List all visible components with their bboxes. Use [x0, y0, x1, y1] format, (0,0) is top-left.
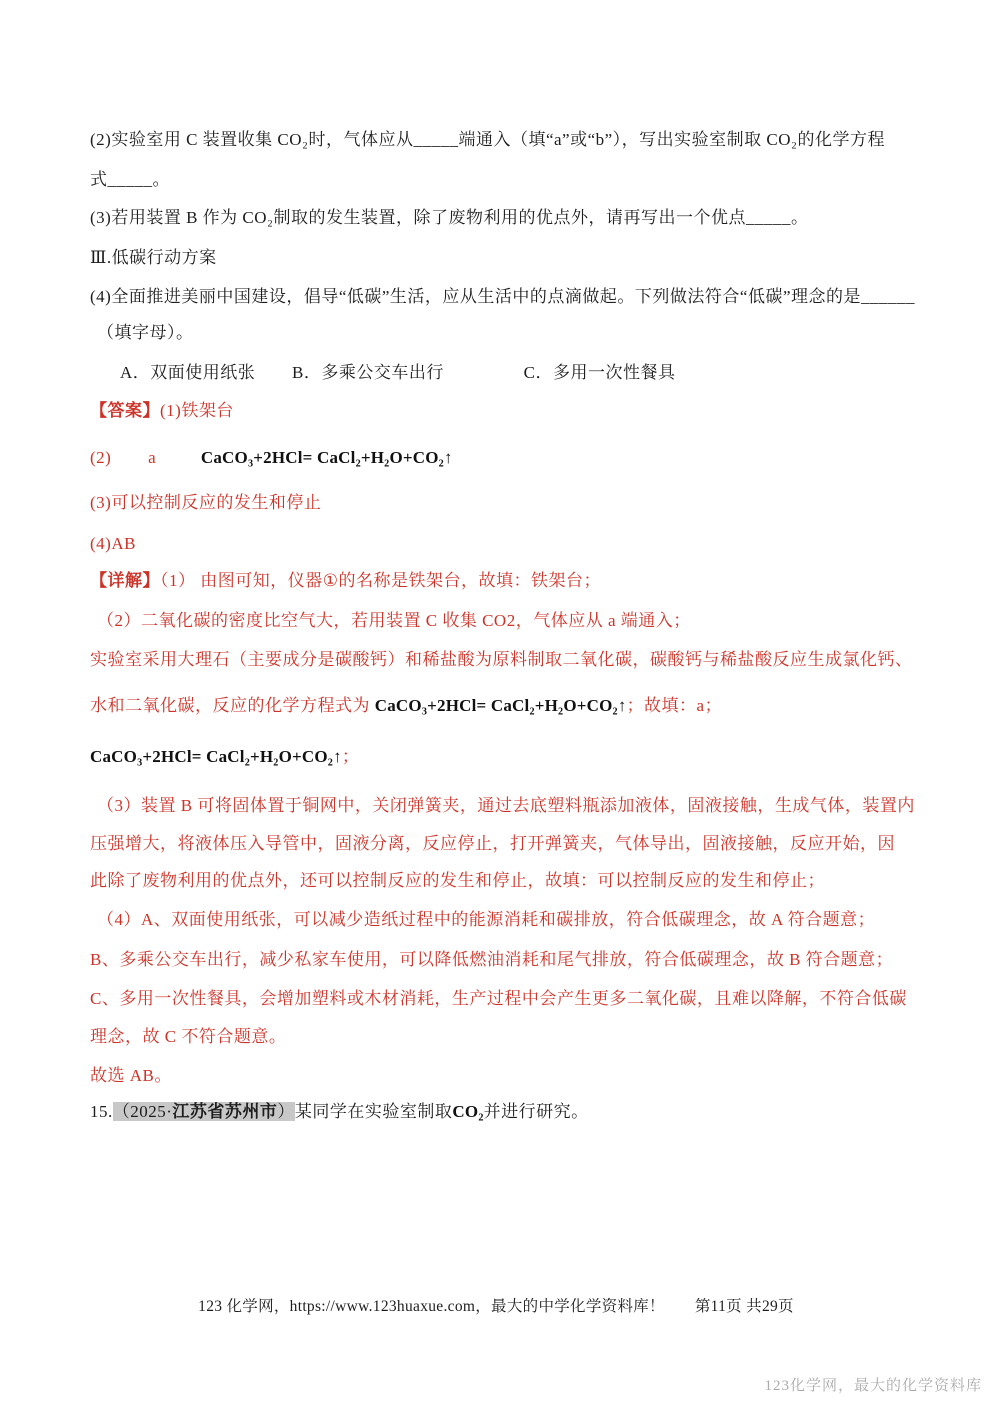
- analysis-4-text-post: ；故填：a；: [627, 696, 723, 715]
- analysis-line-10: B、多乘公交车出行，减少私家车使用，可以降低燃油消耗和尾气排放，符合低碳理念，故…: [90, 947, 917, 973]
- analysis-line-2: （2）二氧化碳的密度比空气大，若用装置 C 收集 CO2，气体应从 a 端通入；: [90, 608, 917, 634]
- chemical-equation-answer: CaCO₃+2HCl= CaCl₂+H₂O+CO₂↑: [201, 448, 453, 467]
- analysis-3-text: 实验室采用大理石（主要成分是碳酸钙）和稀盐酸为原料制取二氧化碳，碳酸钙与稀盐酸反…: [90, 650, 913, 669]
- document-page: (2)实验室用 C 装置收集 CO₂时，气体应从_____端通入（填“a”或“b…: [0, 0, 992, 1403]
- chemical-equation-analysis-1: CaCO₃+2HCl= CaCl₂+H₂O+CO₂↑: [375, 696, 627, 715]
- analysis-line-3: 实验室采用大理石（主要成分是碳酸钙）和稀盐酸为原料制取二氧化碳，碳酸钙与稀盐酸反…: [90, 647, 917, 673]
- analysis-line-7: 压强增大，将液体压入导管中，固液分离，反应停止，打开弹簧夹，气体导出，固液接触，…: [90, 831, 917, 857]
- footer-page-info: 第11页 共29页: [695, 1294, 794, 1316]
- options-row: A．双面使用纸张 B．多乘公交车出行 C．多用一次性餐具: [90, 360, 917, 386]
- fill-letter-note: （填字母）。: [97, 323, 194, 342]
- analysis-4-text-pre: 水和二氧化碳，反应的化学方程式为: [90, 696, 375, 715]
- answer-line-1: 【答案】(1)铁架台: [90, 398, 917, 424]
- answer-4-text: (4)AB: [90, 534, 136, 553]
- answer-1-text: (1)铁架台: [160, 401, 234, 420]
- question-15-number: 15.: [90, 1102, 113, 1121]
- question-15-text-pre: 某同学在实验室制取: [295, 1102, 453, 1121]
- question-15-source-close: ）: [277, 1102, 295, 1121]
- analysis-line-11: C、多用一次性餐具，会增加塑料或木材消耗，生产过程中会产生更多二氧化碳，且难以降…: [90, 986, 917, 1012]
- page-footer: 123 化学网，https://www.123huaxue.com，最大的中学化…: [0, 1294, 992, 1316]
- analysis-line-6: （3）装置 B 可将固体置于铜网中，关闭弹簧夹，通过去底塑料瓶添加液体，固液接触…: [90, 793, 917, 819]
- question-2-line-1: (2)实验室用 C 装置收集 CO₂时，气体应从_____端通入（填“a”或“b…: [90, 127, 917, 153]
- question-15-text-post: 并进行研究。: [484, 1102, 589, 1121]
- footer-site-info: 123 化学网，https://www.123huaxue.com，最大的中学化…: [198, 1294, 665, 1316]
- analysis-5-text-post: ；: [342, 747, 360, 766]
- analysis-line-8: 此除了废物利用的优点外，还可以控制反应的发生和停止，故填：可以控制反应的发生和停…: [90, 868, 917, 894]
- analysis-7-text: 压强增大，将液体压入导管中，固液分离，反应停止，打开弹簧夹，气体导出，固液接触，…: [90, 834, 895, 853]
- document-content: (2)实验室用 C 装置收集 CO₂时，气体应从_____端通入（填“a”或“b…: [90, 127, 917, 1125]
- analysis-line-12: 理念，故 C 不符合题意。: [90, 1024, 917, 1050]
- answer-line-3: (3)可以控制反应的发生和停止: [90, 490, 917, 516]
- question-3-text: (3)若用装置 B 作为 CO₂制取的发生装置，除了废物利用的优点外，请再写出一…: [90, 208, 808, 227]
- question-15-source-open: （2025·: [113, 1102, 173, 1121]
- analysis-13-text: 故选 AB。: [90, 1066, 172, 1085]
- answer-3-text: (3)可以控制反应的发生和停止: [90, 493, 321, 512]
- analysis-line-9: （4）A、双面使用纸张，可以减少造纸过程中的能源消耗和碳排放，符合低碳理念，故 …: [90, 907, 917, 933]
- question-15-source-region: 江苏省苏州市: [172, 1102, 277, 1121]
- answer-header: 【答案】: [90, 401, 160, 420]
- analysis-line-1: 【详解】（1） 由图可知，仪器①的名称是铁架台，故填：铁架台；: [90, 568, 917, 594]
- question-2-line-2: 式_____。: [90, 167, 917, 193]
- analysis-6-text: （3）装置 B 可将固体置于铜网中，关闭弹簧夹，通过去底塑料瓶添加液体，固液接触…: [97, 796, 915, 815]
- answer-line-2: (2) a CaCO₃+2HCl= CaCl₂+H₂O+CO₂↑: [90, 445, 917, 471]
- question-2-text-2: 式_____。: [90, 170, 170, 189]
- option-a: A．双面使用纸张: [120, 363, 255, 382]
- section-heading-text: Ⅲ.低碳行动方案: [90, 248, 217, 267]
- analysis-8-text: 此除了废物利用的优点外，还可以控制反应的发生和停止，故填：可以控制反应的发生和停…: [90, 871, 825, 890]
- chemical-equation-analysis-2: CaCO₃+2HCl= CaCl₂+H₂O+CO₂↑: [90, 747, 342, 766]
- analysis-line-5: CaCO₃+2HCl= CaCl₂+H₂O+CO₂↑；: [90, 744, 917, 770]
- answer-line-4: (4)AB: [90, 531, 917, 557]
- question-15-formula: CO₂: [452, 1102, 483, 1121]
- analysis-line-13: 故选 AB。: [90, 1063, 917, 1089]
- question-4-line-2: （填字母）。: [90, 320, 917, 346]
- analysis-header: 【详解】: [90, 571, 160, 590]
- analysis-2-text: （2）二氧化碳的密度比空气大，若用装置 C 收集 CO2，气体应从 a 端通入；: [97, 611, 691, 630]
- answer-2-letter: a: [148, 448, 156, 467]
- analysis-11-text: C、多用一次性餐具，会增加塑料或木材消耗，生产过程中会产生更多二氧化碳，且难以降…: [90, 989, 907, 1008]
- option-c: C．多用一次性餐具: [524, 363, 676, 382]
- analysis-10-text: B、多乘公交车出行，减少私家车使用，可以降低燃油消耗和尾气排放，符合低碳理念，故…: [90, 950, 893, 969]
- analysis-1-text: （1） 由图可知，仪器①的名称是铁架台，故填：铁架台；: [160, 571, 601, 590]
- analysis-line-4: 水和二氧化碳，反应的化学方程式为 CaCO₃+2HCl= CaCl₂+H₂O+C…: [90, 693, 917, 719]
- section-heading-low-carbon: Ⅲ.低碳行动方案: [90, 245, 917, 271]
- watermark-text: 123化学网，最大的化学资料库: [764, 1374, 982, 1395]
- question-3-line: (3)若用装置 B 作为 CO₂制取的发生装置，除了废物利用的优点外，请再写出一…: [90, 205, 917, 231]
- analysis-9-text: （4）A、双面使用纸张，可以减少造纸过程中的能源消耗和碳排放，符合低碳理念，故 …: [97, 910, 875, 929]
- question-2-text-1: (2)实验室用 C 装置收集 CO₂时，气体应从_____端通入（填“a”或“b…: [90, 130, 885, 149]
- question-4-text-1: (4)全面推进美丽中国建设，倡导“低碳”生活，应从生活中的点滴做起。下列做法符合…: [90, 287, 915, 306]
- option-b: B．多乘公交车出行: [292, 363, 444, 382]
- question-15-line: 15.（2025·江苏省苏州市）某同学在实验室制取CO₂并进行研究。: [90, 1099, 917, 1125]
- answer-2-number: (2): [90, 448, 111, 467]
- analysis-12-text: 理念，故 C 不符合题意。: [90, 1027, 286, 1046]
- question-4-line-1: (4)全面推进美丽中国建设，倡导“低碳”生活，应从生活中的点滴做起。下列做法符合…: [90, 284, 917, 310]
